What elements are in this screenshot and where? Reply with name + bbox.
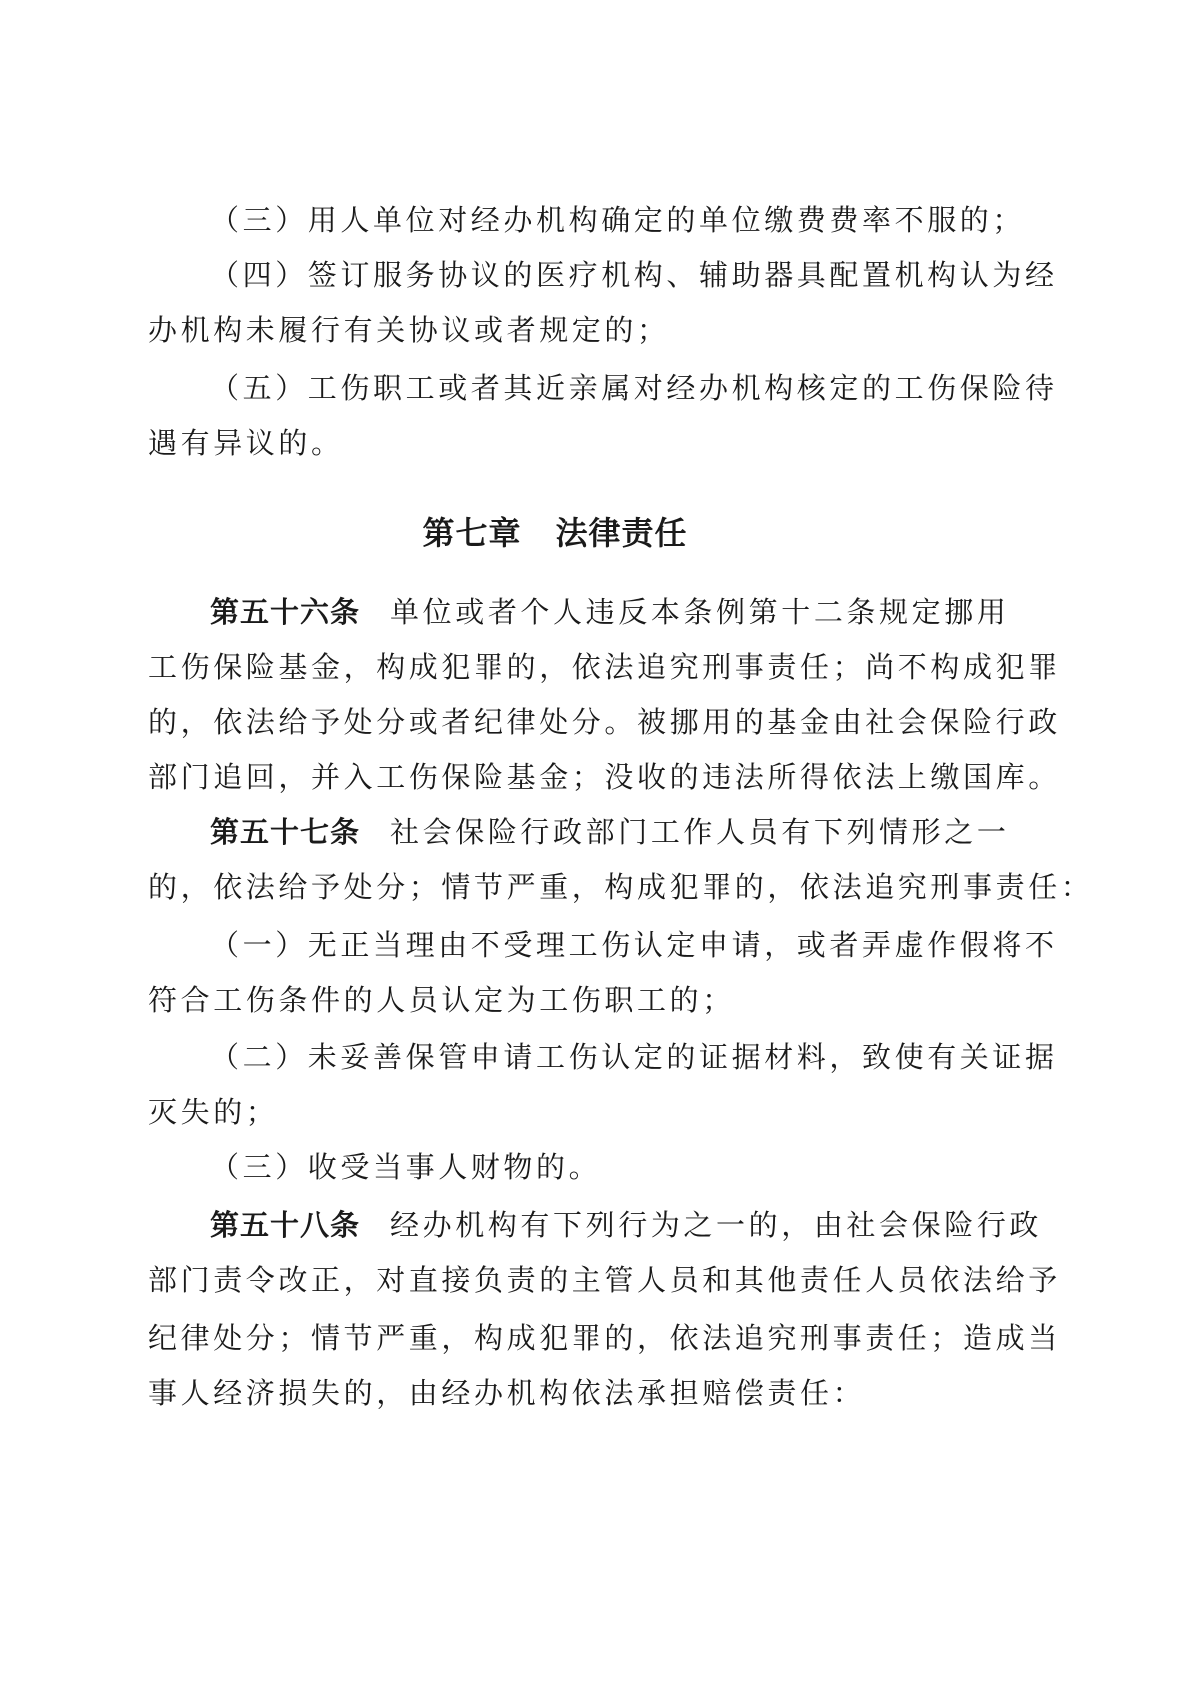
- list-item-5-line2: 遇有异议的。: [148, 423, 1048, 463]
- article-58-line2: 部门责令改正，对直接负责的主管人员和其他责任人员依法给予: [148, 1260, 1048, 1300]
- article-56-line1: 第五十六条单位或者个人违反本条例第十二条规定挪用: [210, 592, 1110, 632]
- article-57-text: 社会保险行政部门工作人员有下列情形之一: [390, 815, 1009, 849]
- article-58-line4: 事人经济损失的，由经办机构依法承担赔偿责任：: [148, 1373, 1048, 1413]
- article-56-line4: 部门追回，并入工伤保险基金；没收的违法所得依法上缴国库。: [148, 757, 1048, 797]
- article-56-text: 单位或者个人违反本条例第十二条规定挪用: [390, 595, 1009, 629]
- article-58-line3: 纪律处分；情节严重，构成犯罪的，依法追究刑事责任；造成当: [148, 1318, 1048, 1358]
- article-57-item3-line1: （三）收受当事人财物的。: [210, 1147, 1110, 1187]
- document-page: （三）用人单位对经办机构确定的单位缴费费率不服的； （四）签订服务协议的医疗机构…: [0, 0, 1190, 1683]
- chapter-heading: 第七章法律责任: [0, 508, 1110, 554]
- article-57-label: 第五十七条: [210, 815, 360, 849]
- chapter-number: 第七章: [422, 514, 521, 552]
- article-58-line1: 第五十八条经办机构有下列行为之一的，由社会保险行政: [210, 1205, 1110, 1245]
- article-56-line3: 的，依法给予处分或者纪律处分。被挪用的基金由社会保险行政: [148, 702, 1048, 742]
- article-56-line2: 工伤保险基金，构成犯罪的，依法追究刑事责任；尚不构成犯罪: [148, 647, 1048, 687]
- article-57-item2-line1: （二）未妥善保管申请工伤认定的证据材料，致使有关证据: [210, 1037, 1110, 1077]
- article-57-item1-line1: （一）无正当理由不受理工伤认定申请，或者弄虚作假将不: [210, 925, 1110, 965]
- article-58-label: 第五十八条: [210, 1208, 360, 1242]
- article-58-text: 经办机构有下列行为之一的，由社会保险行政: [390, 1208, 1042, 1242]
- article-57-line1: 第五十七条社会保险行政部门工作人员有下列情形之一: [210, 812, 1110, 852]
- article-57-item2-line2: 灭失的；: [148, 1092, 1048, 1132]
- article-57-line2: 的，依法给予处分；情节严重，构成犯罪的，依法追究刑事责任：: [148, 867, 1048, 907]
- list-item-4-line2: 办机构未履行有关协议或者规定的；: [148, 310, 1048, 350]
- list-item-3: （三）用人单位对经办机构确定的单位缴费费率不服的；: [210, 200, 1110, 240]
- article-57-item1-line2: 符合工伤条件的人员认定为工伤职工的；: [148, 980, 1048, 1020]
- list-item-4-line1: （四）签订服务协议的医疗机构、辅助器具配置机构认为经: [210, 255, 1110, 295]
- chapter-title: 法律责任: [556, 514, 688, 552]
- article-56-label: 第五十六条: [210, 595, 360, 629]
- list-item-5-line1: （五）工伤职工或者其近亲属对经办机构核定的工伤保险待: [210, 368, 1110, 408]
